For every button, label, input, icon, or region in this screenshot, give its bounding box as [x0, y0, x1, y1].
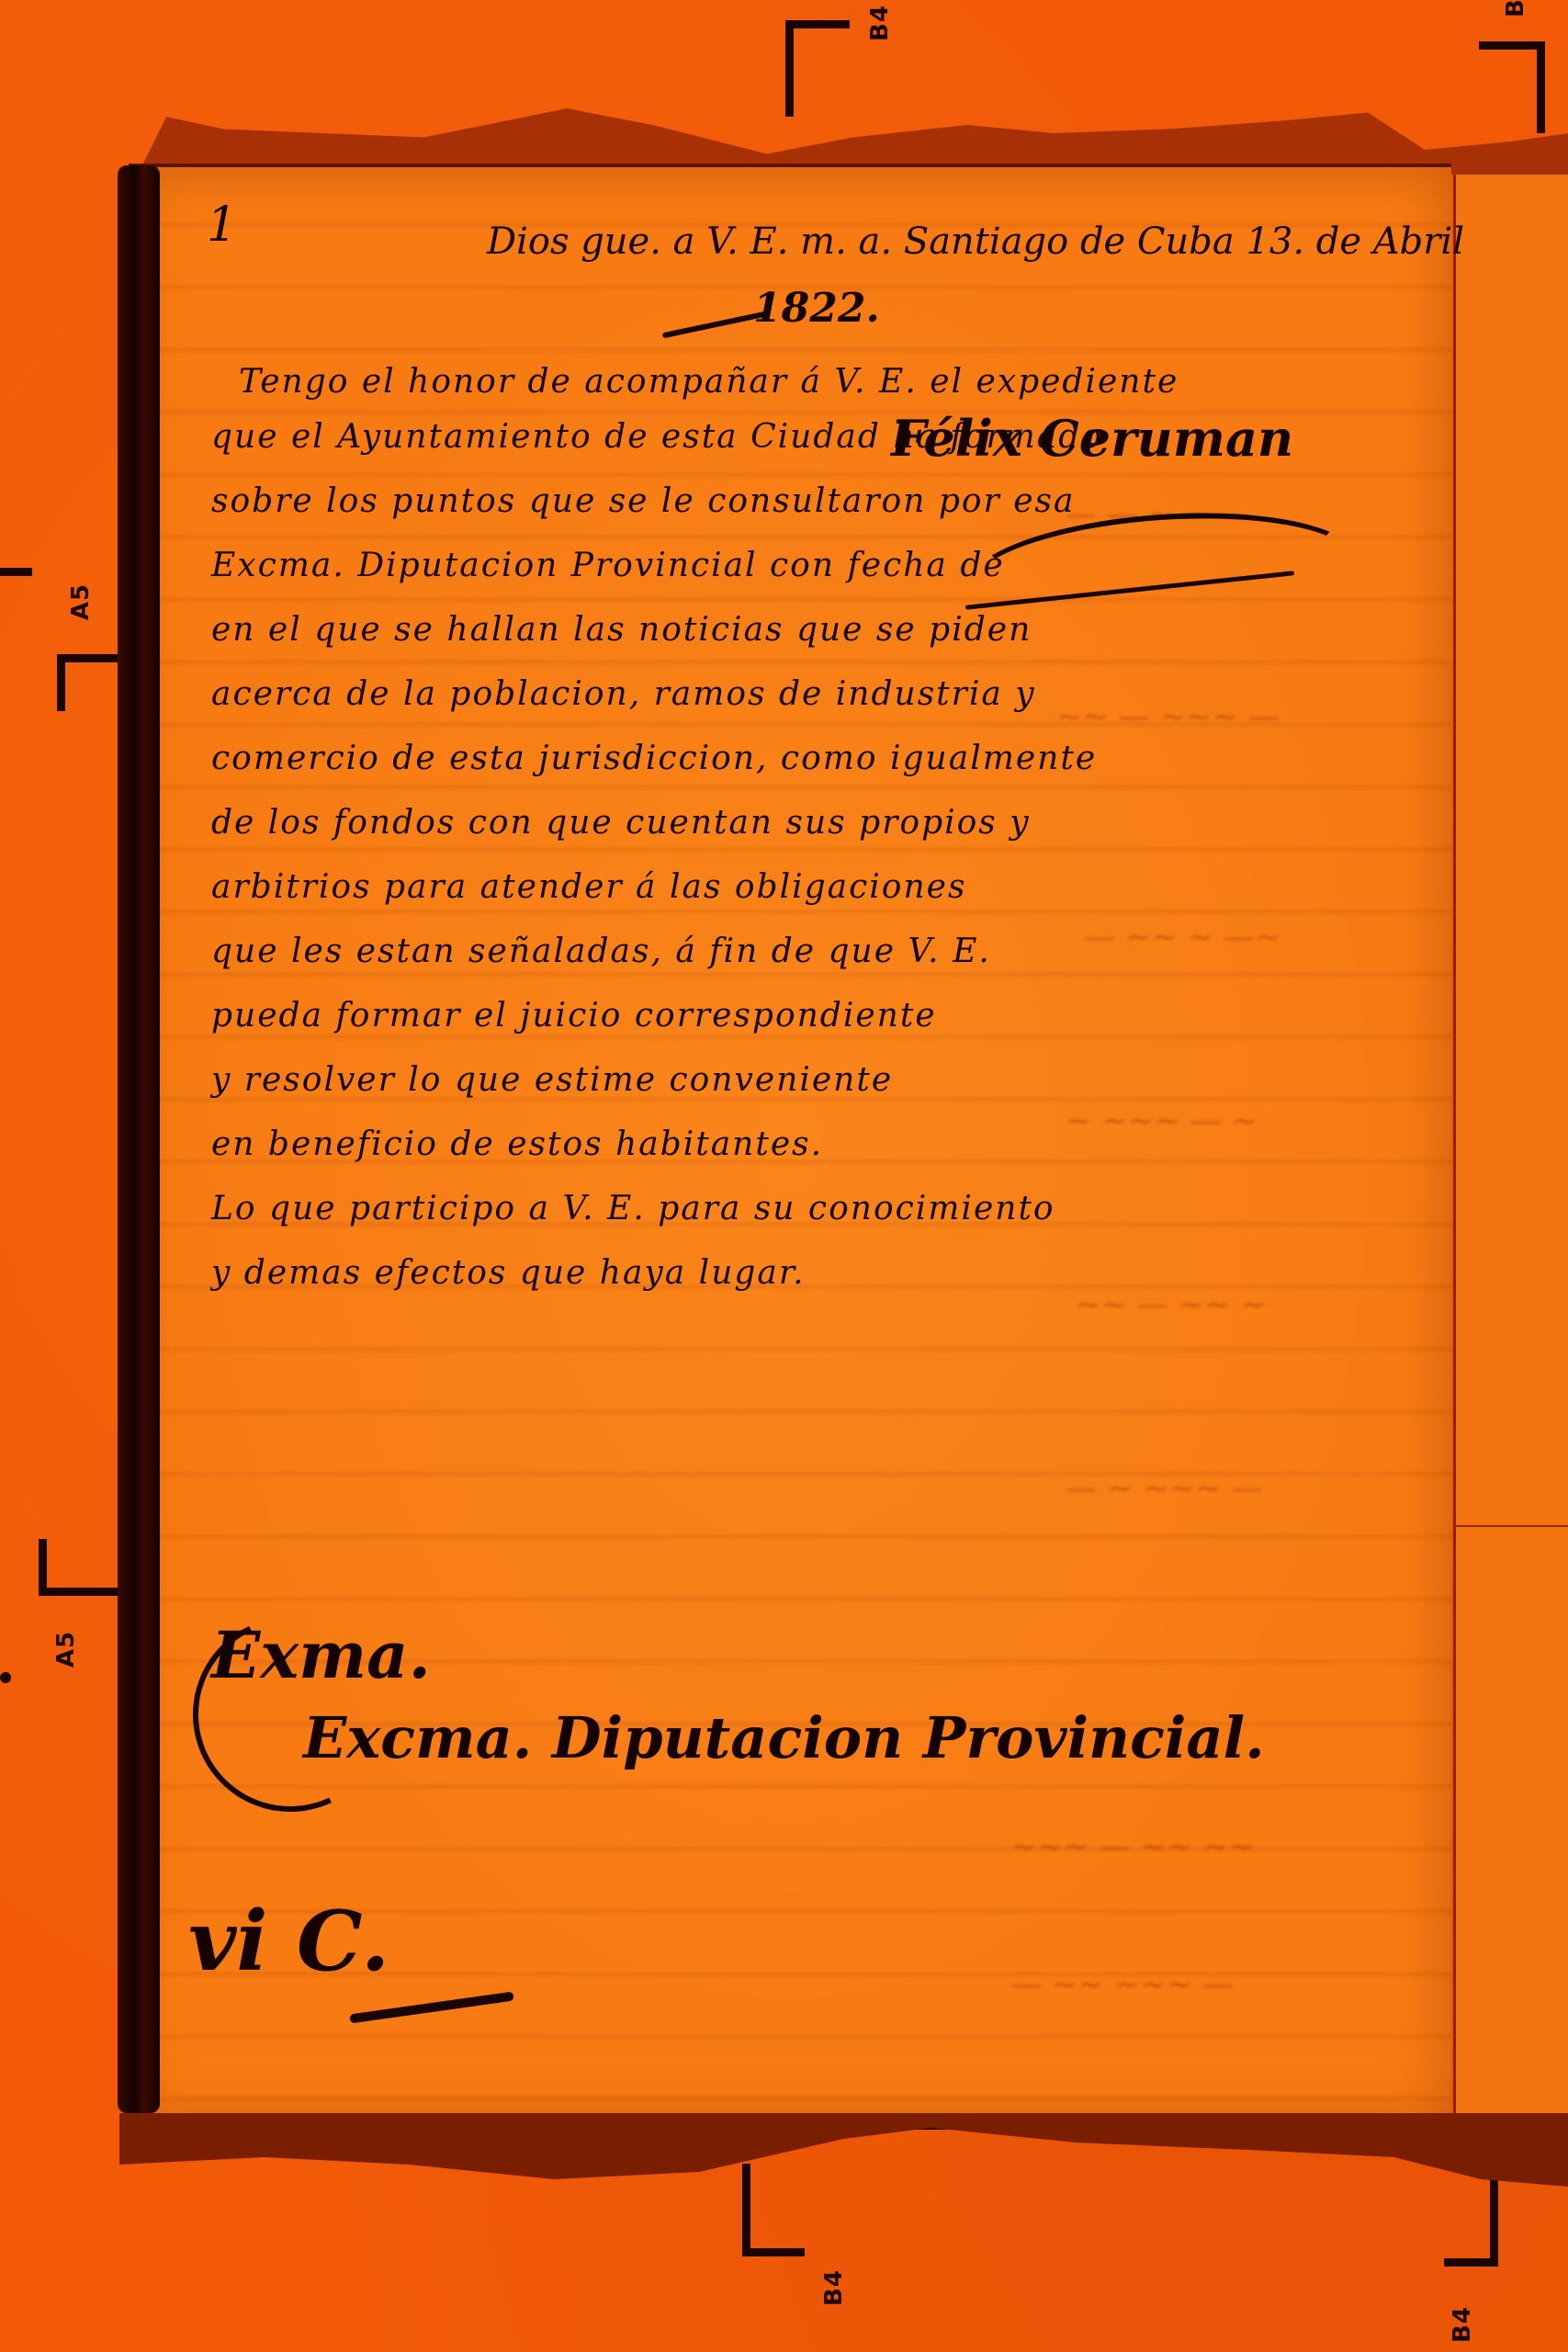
address-line: Excma. Diputacion Provincial. — [303, 1704, 1265, 1771]
body-line: en beneficio de estos habitantes. — [211, 1125, 823, 1163]
date-year: 1822. — [753, 285, 880, 332]
body-line: Excma. Diputacion Provincial con fecha d… — [211, 547, 1005, 584]
body-line: Lo que participo a V. E. para su conocim… — [211, 1190, 1055, 1227]
body-line: Tengo el honor de acompañar á V. E. el e… — [239, 363, 1179, 401]
footer-mark: vi C. — [188, 1893, 389, 1990]
body-line: y resolver lo que estime conveniente — [211, 1061, 893, 1099]
body-line: comercio de esta jurisdiccion, como igua… — [211, 740, 1097, 777]
place-date-line: Dios gue. a V. E. m. a. Santiago de Cuba… — [487, 220, 1464, 263]
marker-label-b4-top: B4 — [866, 5, 894, 41]
page-mark: 1 — [207, 198, 237, 253]
body-line: arbitrios para atender á las obligacione… — [211, 868, 966, 906]
marker-label-b4-bottom-right: B4 — [1449, 2306, 1476, 2343]
body-line: que el Ayuntamiento de esta Ciudad ha fo… — [211, 418, 1103, 456]
torn-paper-edge-bottom — [119, 2113, 1568, 2187]
facing-page — [1453, 175, 1568, 2131]
body-line: sobre los puntos que se le consultaron p… — [211, 482, 1075, 520]
body-line: pueda formar el juicio correspondiente — [211, 997, 937, 1035]
body-line: y demas efectos que haya lugar. — [211, 1254, 806, 1292]
facing-page-fold — [1456, 1525, 1568, 1527]
body-line: en el que se hallan las noticias que se … — [211, 611, 1032, 649]
marker-label-a5-lower: A5 — [52, 1631, 80, 1668]
marker-label-a5-upper: A5 — [67, 583, 95, 620]
marker-label-b4-top-right: B4 — [1502, 0, 1529, 17]
binding-edge — [118, 165, 160, 2113]
marker-label-b4-bottom: B4 — [820, 2269, 848, 2306]
torn-paper-edge-top — [138, 92, 1568, 175]
body-line: que les estan señaladas, á fin de que V.… — [211, 933, 991, 970]
body-line: de los fondos con que cuentan sus propio… — [211, 804, 1031, 842]
body-line: acerca de la poblacion, ramos de industr… — [211, 675, 1036, 713]
